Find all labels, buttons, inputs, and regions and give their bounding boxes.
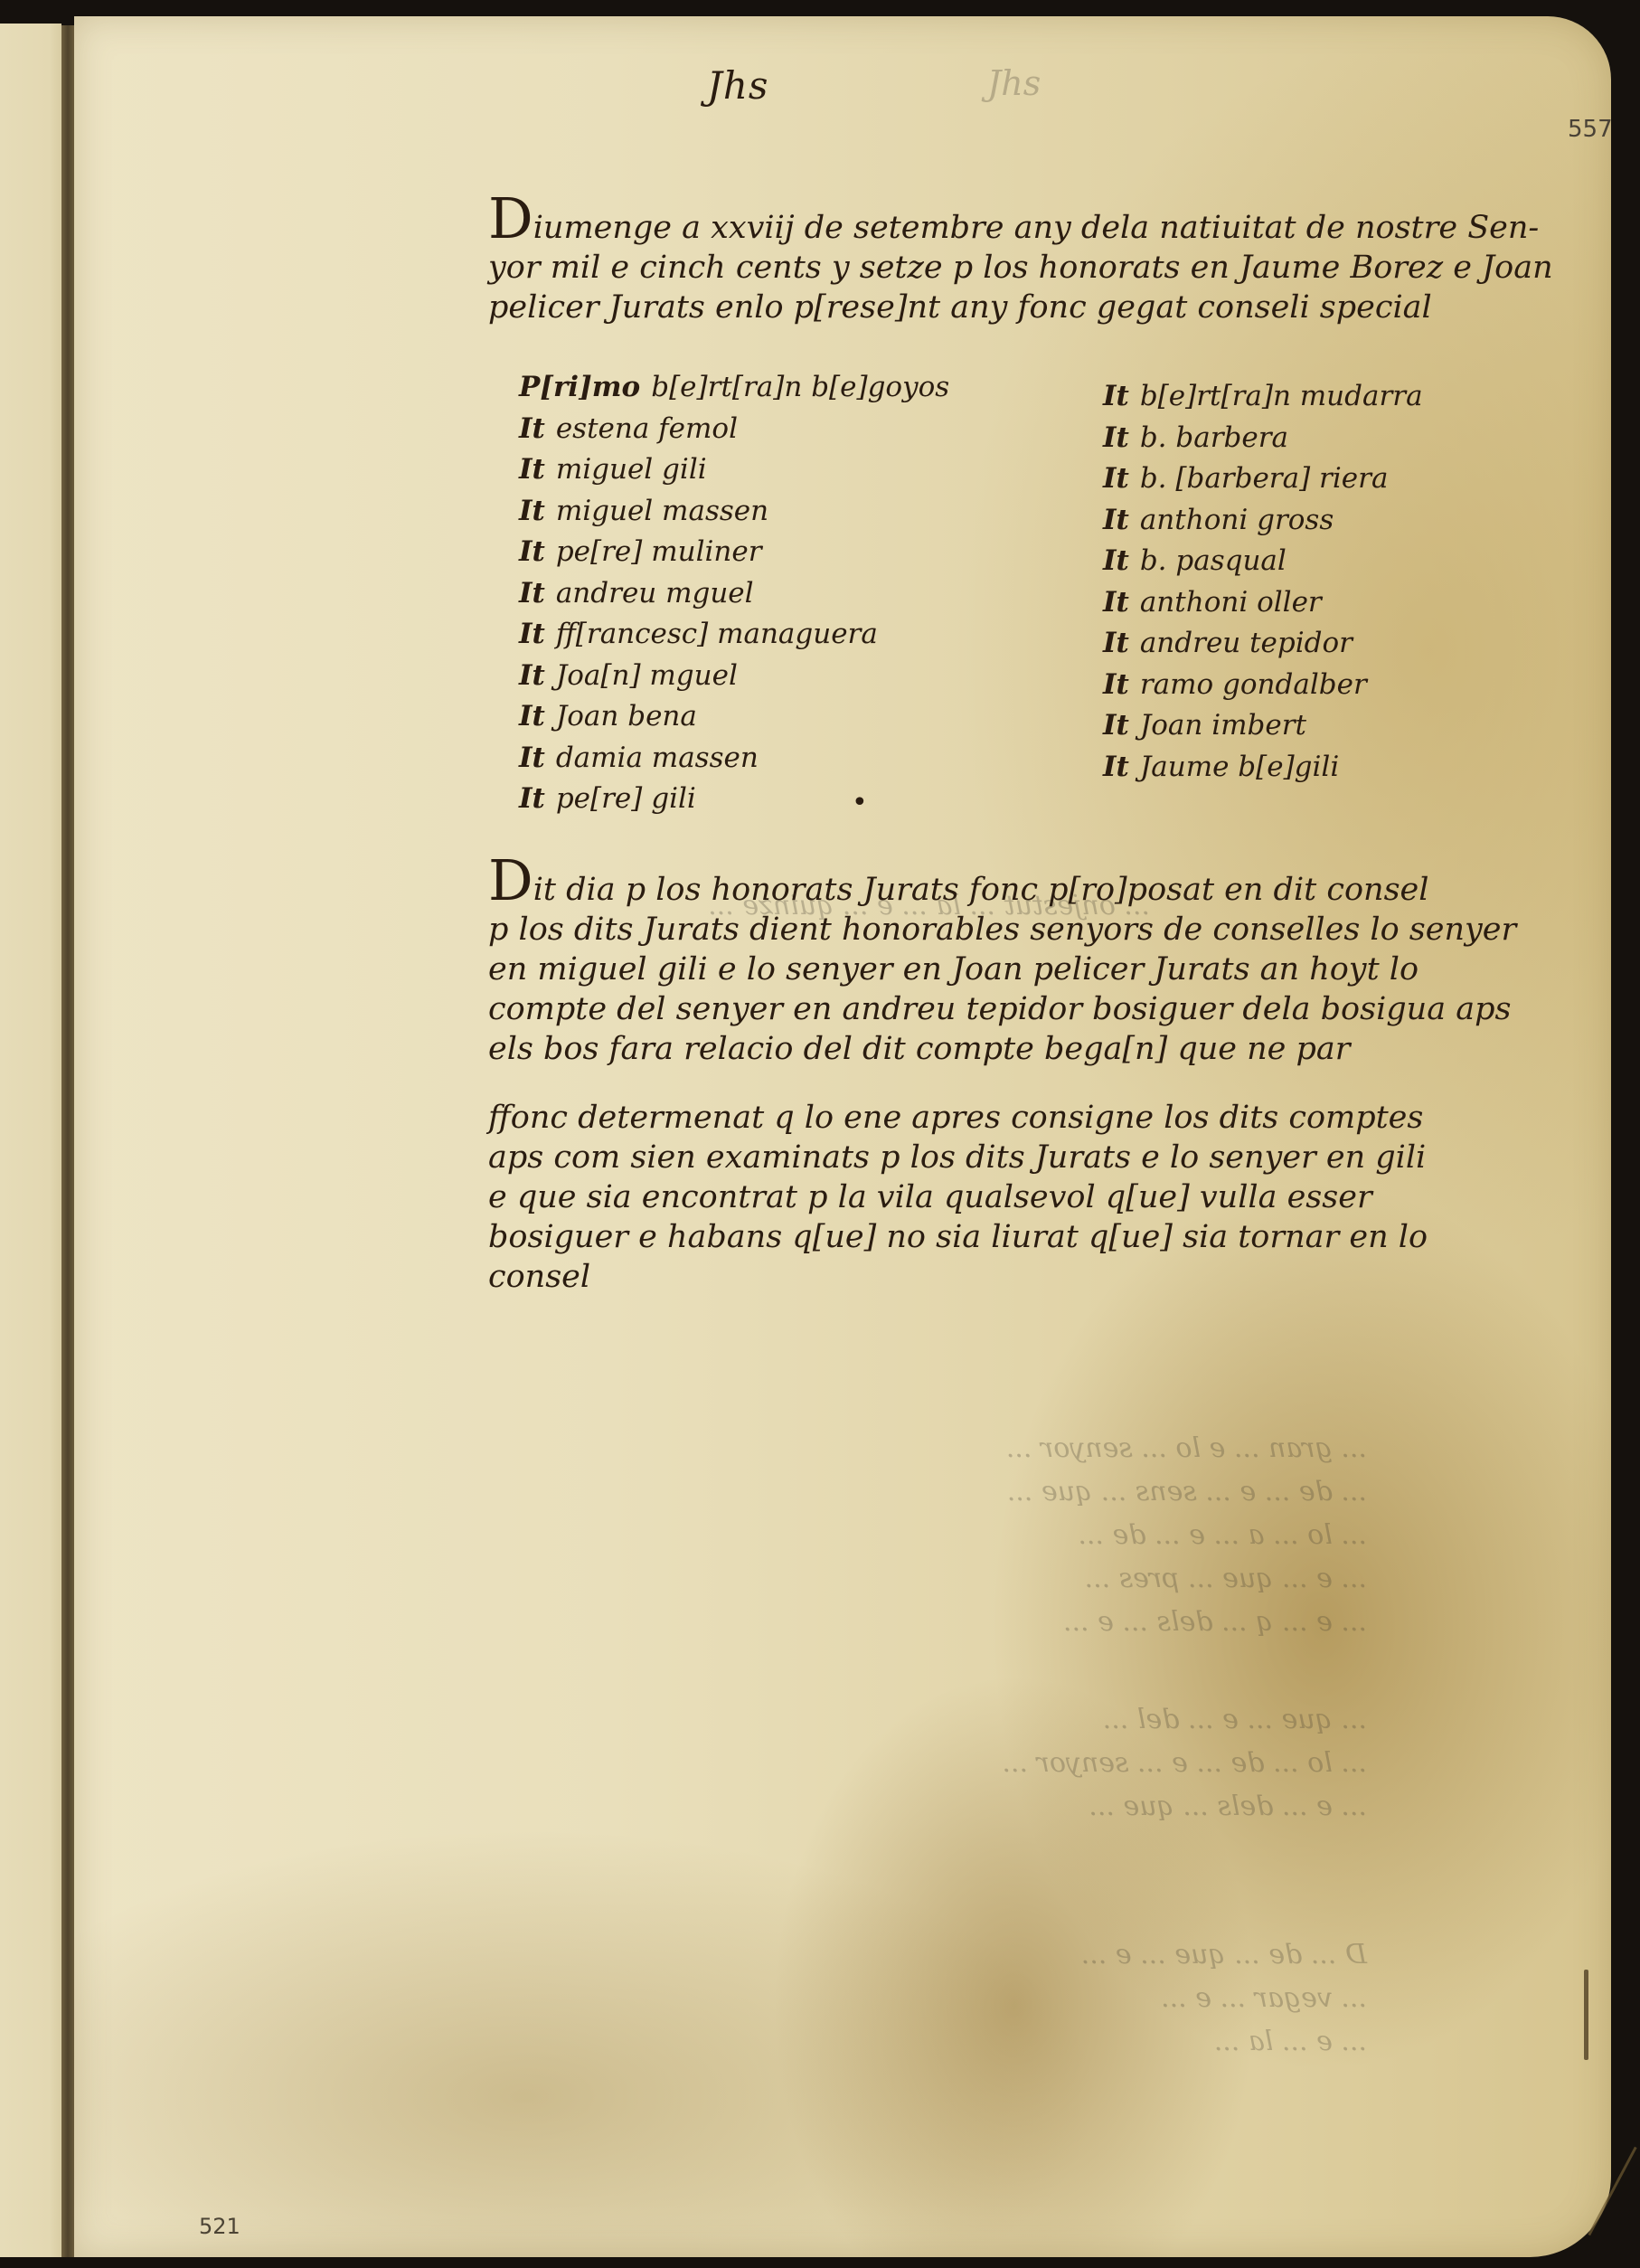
entry-line: en miguel gili e lo senyer en Joan pelic… (488, 950, 1492, 989)
bleed-through-block-1: ... gran ... e lo ... senyor ... ... de … (210, 1427, 1367, 1644)
entry-line: aps com sien examinats p los dits Jurats… (488, 1138, 1492, 1177)
entry-line: p los dits Jurats dient honorables senyo… (488, 910, 1492, 950)
bleed-through-block-3: D ... de ... que ... e ... ... vegar ...… (210, 1933, 1367, 2064)
entry-line: bosiguer e habans q[ue] no sia liurat q[… (488, 1217, 1492, 1257)
list-item: Itpe[re] muliner (519, 532, 899, 573)
list-item: ItJoa[n] mguel (519, 656, 899, 697)
entry-line: consel (488, 1257, 1492, 1297)
entry-line: ffonc determenat q lo ene apres consigne… (488, 1098, 1492, 1138)
punctus-mark: • (852, 787, 868, 818)
bleed-through-block-2: ... que ... e ... del ... ... lo ... de … (210, 1698, 1367, 1829)
list-item: Itb. pasqual (1103, 541, 1483, 582)
list-item: Itmiguel gili (519, 449, 899, 491)
list-item: Itb. barbera (1103, 418, 1483, 459)
list-item: Itramo gondalber (1103, 665, 1483, 706)
drop-cap: D (488, 847, 533, 913)
entry-line: compte del senyer en andreu tepidor bosi… (488, 989, 1492, 1029)
list-item: Itff[rancesc] managuera (519, 614, 899, 656)
entry-line: yor mil e cinch cents y setze p los hono… (488, 248, 1492, 288)
entry-line: pelicer Jurats enlo p[rese]nt any fonc g… (488, 288, 1492, 327)
council-members-left-column: P[ri]mob[e]rt[ra]n b[e]goyos Itestena fe… (519, 367, 899, 820)
list-item: Itb[e]rt[ra]n mudarra (1103, 376, 1483, 418)
list-item: Itestena femol (519, 409, 899, 450)
council-members-right-column: Itb[e]rt[ra]n mudarra Itb. barbera Itb. … (1103, 376, 1483, 788)
archive-page-number: 521 (199, 2214, 240, 2239)
entry-line: e que sia encontrat p la vila qualsevol … (488, 1177, 1492, 1217)
header-monogram: Jhs (707, 63, 768, 108)
list-item: ItJoan bena (519, 696, 899, 738)
council-determination-paragraph: ffonc determenat q lo ene apres consigne… (488, 1098, 1492, 1297)
list-item: Itandreu tepidor (1103, 623, 1483, 665)
list-item: ItJaume b[e]gili (1103, 747, 1483, 789)
list-item: Itpe[re] gili (519, 779, 899, 820)
folio-number: 557 (1568, 116, 1613, 143)
list-item: Itanthoni gross (1103, 500, 1483, 542)
list-item: P[ri]mob[e]rt[ra]n b[e]goyos (519, 367, 899, 409)
list-item: Itb. [barbera] riera (1103, 458, 1483, 500)
header-monogram-faded: Jhs (987, 63, 1041, 103)
entry-opening-paragraph: Diumenge a xxviij de setembre any dela n… (488, 201, 1492, 327)
drop-cap: D (488, 185, 533, 251)
list-item: Itdamia massen (519, 738, 899, 780)
binding-gutter (61, 25, 74, 2257)
entry-line: Dit dia p los honorats Jurats fonc p[ro]… (488, 863, 1492, 910)
list-item: Itanthoni oller (1103, 582, 1483, 624)
paper-tear (1584, 1970, 1588, 2060)
council-proposal-paragraph: Dit dia p los honorats Jurats fonc p[ro]… (488, 863, 1492, 1069)
verso-page-edge (0, 24, 61, 2257)
manuscript-folio: ... onjestut ... la ... e ... quinze ...… (74, 16, 1611, 2257)
entry-line: Diumenge a xxviij de setembre any dela n… (488, 201, 1492, 248)
list-item: Itmiguel massen (519, 491, 899, 533)
list-item: Itandreu mguel (519, 573, 899, 615)
entry-line: els bos fara relacio del dit compte bega… (488, 1029, 1492, 1069)
list-item: ItJoan imbert (1103, 705, 1483, 747)
